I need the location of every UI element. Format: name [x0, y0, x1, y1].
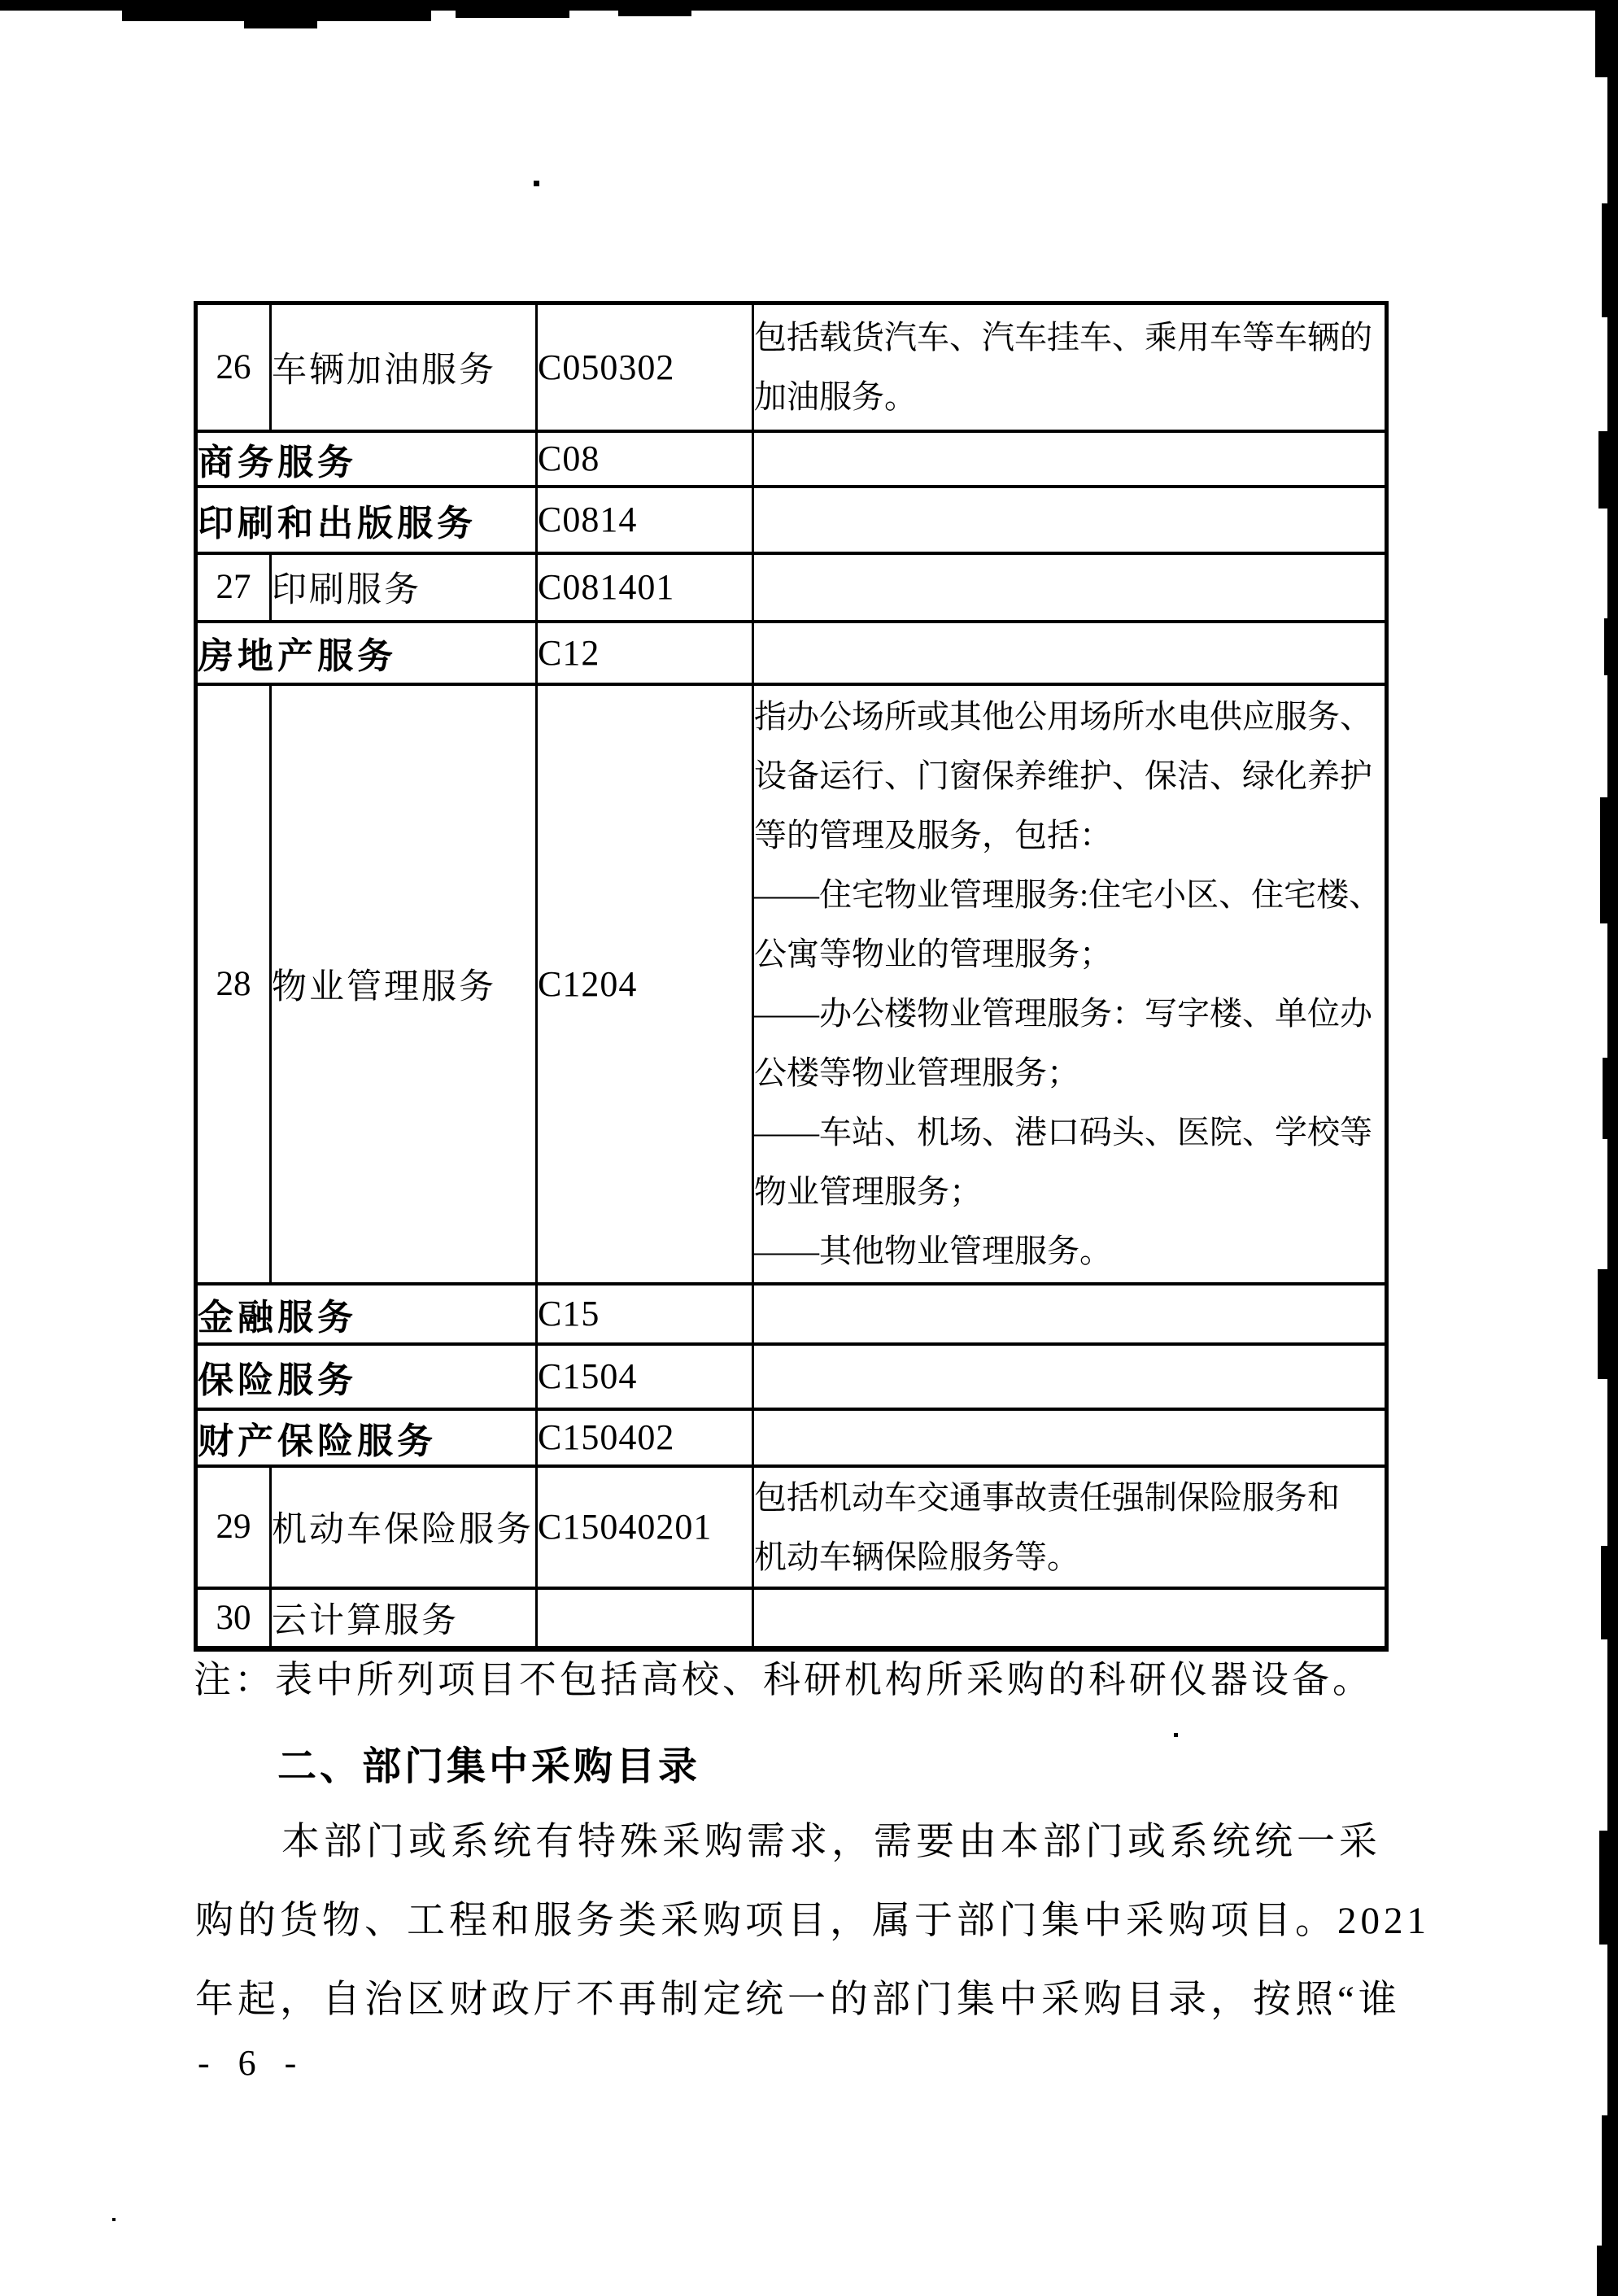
scan-speck [534, 181, 539, 186]
service-name-cell: 云计算服务 [271, 1588, 537, 1649]
service-name-cell: 印刷服务 [271, 553, 537, 622]
table-row-item-28: 28 物业管理服务 C1204 指办公场所或其他公用场所水电供应服务、 设备运行… [196, 684, 1387, 1284]
code-cell: C050302 [537, 303, 753, 431]
table-note: 注：表中所列项目不包括高校、科研机构所采购的科研仪器设备。 [194, 1650, 1373, 1704]
table-row-category: 商务服务 C08 [196, 431, 1387, 487]
table-row-item-30: 30 云计算服务 [196, 1588, 1387, 1649]
code-cell: C1504 [537, 1344, 753, 1409]
table-row-item-27: 27 印刷服务 C081401 [196, 553, 1387, 622]
description-cell [753, 487, 1387, 553]
description-cell: 包括机动车交通事故责任强制保险服务和 机动车辆保险服务等。 [753, 1466, 1387, 1588]
description-cell [753, 553, 1387, 622]
code-cell [537, 1588, 753, 1649]
code-cell: C12 [537, 622, 753, 684]
body-paragraph-line: 年起，自治区财政厅不再制定统一的部门集中采购目录，按照“谁 [195, 1969, 1401, 2023]
body-paragraph-line: 本部门或系统有特殊采购需求，需要由本部门或系统统一采 [281, 1811, 1381, 1866]
code-cell: C0814 [537, 487, 753, 553]
code-cell: C15040201 [537, 1466, 753, 1588]
scan-artifact-edge-bump [1604, 618, 1618, 675]
page-number: - 6 - [198, 2042, 306, 2084]
table-row-category: 保险服务 C1504 [196, 1344, 1387, 1409]
table-row-category: 房地产服务 C12 [196, 622, 1387, 684]
description-cell: 包括载货汽车、汽车挂车、乘用车等车辆的 加油服务。 [753, 303, 1387, 431]
description-cell [753, 1284, 1387, 1344]
scan-artifact-edge-bump [1598, 1269, 1618, 1379]
table-row-category: 印刷和出版服务 C0814 [196, 487, 1387, 553]
row-number-cell: 28 [196, 684, 271, 1284]
scan-speck [1174, 1733, 1178, 1737]
code-cell: C1204 [537, 684, 753, 1284]
description-cell: 指办公场所或其他公用场所水电供应服务、 设备运行、门窗保养维护、保洁、绿化养护 … [753, 684, 1387, 1284]
row-number-cell: 29 [196, 1466, 271, 1588]
scan-artifact-right-edge [1607, 0, 1618, 2296]
scanned-document-page: 26 车辆加油服务 C050302 包括载货汽车、汽车挂车、乘用车等车辆的 加油… [0, 0, 1618, 2296]
scan-artifact-edge-bump [1600, 797, 1618, 923]
category-name-cell: 房地产服务 [196, 622, 537, 684]
code-cell: C081401 [537, 553, 753, 622]
description-cell [753, 1588, 1387, 1649]
service-name-cell: 机动车保险服务 [271, 1466, 537, 1588]
table-row-category: 财产保险服务 C150402 [196, 1409, 1387, 1466]
code-cell: C15 [537, 1284, 753, 1344]
scan-artifact-edge-bump [1603, 1058, 1618, 1139]
scan-artifact-edge-bump [1601, 1546, 1618, 1639]
row-number-cell: 30 [196, 1588, 271, 1649]
service-name-cell: 车辆加油服务 [271, 303, 537, 431]
scan-artifact-edge-bump [1599, 1831, 1618, 1945]
service-name-cell: 物业管理服务 [271, 684, 537, 1284]
scan-artifact-top-chunk [244, 9, 317, 28]
row-number-cell: 26 [196, 303, 271, 431]
category-name-cell: 财产保险服务 [196, 1409, 537, 1466]
code-cell: C08 [537, 431, 753, 487]
scan-speck [112, 2218, 116, 2221]
scan-artifact-edge-bump [1597, 2246, 1618, 2296]
procurement-catalog-table: 26 车辆加油服务 C050302 包括载货汽车、汽车挂车、乘用车等车辆的 加油… [194, 301, 1389, 1652]
body-paragraph-line: 购的货物、工程和服务类采购项目，属于部门集中采购项目。2021 [195, 1890, 1430, 1945]
table-row-category: 金融服务 C15 [196, 1284, 1387, 1344]
table-row-item-26: 26 车辆加油服务 C050302 包括载货汽车、汽车挂车、乘用车等车辆的 加油… [196, 303, 1387, 431]
category-name-cell: 金融服务 [196, 1284, 537, 1344]
scan-artifact-edge-bump [1598, 431, 1618, 509]
description-cell [753, 431, 1387, 487]
table-row-item-29: 29 机动车保险服务 C15040201 包括机动车交通事故责任强制保险服务和 … [196, 1466, 1387, 1588]
description-cell [753, 622, 1387, 684]
section-heading: 二、部门集中采购目录 [277, 1735, 700, 1791]
category-name-cell: 保险服务 [196, 1344, 537, 1409]
description-cell [753, 1344, 1387, 1409]
category-name-cell: 商务服务 [196, 431, 537, 487]
scan-artifact-edge-bump [1602, 2115, 1618, 2246]
scan-artifact-top-chunk [456, 9, 569, 18]
row-number-cell: 27 [196, 553, 271, 622]
scan-artifact-top-chunk [618, 9, 691, 16]
description-cell [753, 1409, 1387, 1466]
category-name-cell: 印刷和出版服务 [196, 487, 537, 553]
scan-artifact-edge-bump [1602, 203, 1618, 317]
code-cell: C150402 [537, 1409, 753, 1466]
